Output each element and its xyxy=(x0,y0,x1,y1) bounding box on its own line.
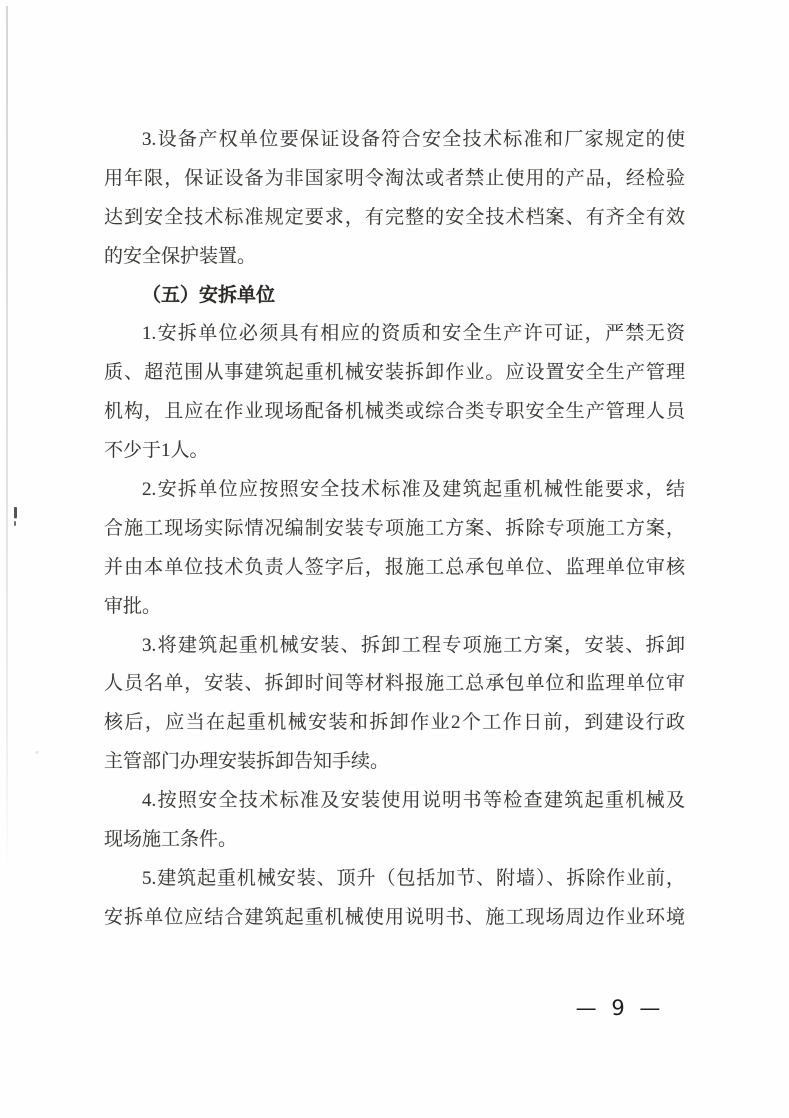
text-line: 审批。 xyxy=(104,588,685,627)
text-block: 3.设备产权单位要保证设备符合安全技术标准和厂家规定的使用年限，保证设备为非国家… xyxy=(104,121,685,938)
text-line: 合施工现场实际情况编制安装专项施工方案、拆除专项施工方案， xyxy=(104,510,685,549)
text-line: （五）安拆单位 xyxy=(104,277,685,316)
para-2-special-construction-plan: 2.安拆单位应按照安全技术标准及建筑起重机械性能要求，结合施工现场实际情况编制安… xyxy=(104,471,685,627)
text-line: 3.设备产权单位要保证设备符合安全技术标准和厂家规定的使 xyxy=(104,121,685,160)
text-line: 并由本单位技术负责人签字后，报施工总承包单位、监理单位审核 xyxy=(104,549,685,588)
document-page: 3.设备产权单位要保证设备符合安全技术标准和厂家规定的使用年限，保证设备为非国家… xyxy=(0,0,789,1118)
text-line: 机构，且应在作业现场配备机械类或综合类专职安全生产管理人员 xyxy=(104,393,685,432)
text-line: 的安全保护装置。 xyxy=(104,238,685,277)
text-line: 核后，应当在起重机械安装和拆卸作业2个工作日前，到建设行政 xyxy=(104,704,685,743)
text-line: 用年限，保证设备为非国家明令淘汰或者禁止使用的产品，经检验 xyxy=(104,160,685,199)
text-line: 2.安拆单位应按照安全技术标准及建筑起重机械性能要求，结 xyxy=(104,471,685,510)
text-line: 4.按照安全技术标准及安装使用说明书等检查建筑起重机械及 xyxy=(104,782,685,821)
scan-artifact-smudge-dot xyxy=(14,521,16,526)
text-line: 安拆单位应结合建筑起重机械使用说明书、施工现场周边作业环境 xyxy=(104,899,685,938)
para-3-notification-procedure: 3.将建筑起重机械安装、拆卸工程专项施工方案，安装、拆卸人员名单，安装、拆卸时间… xyxy=(104,627,685,783)
text-line: 1.安拆单位必须具有相应的资质和安全生产许可证，严禁无资 xyxy=(104,315,685,354)
text-line: 不少于1人。 xyxy=(104,432,685,471)
page-number: — 9 — xyxy=(555,992,685,1024)
para-1-qualification-license: 1.安拆单位必须具有相应的资质和安全生产许可证，严禁无资质、超范围从事建筑起重机… xyxy=(104,315,685,471)
text-line: 5.建筑起重机械安装、顶升（包括加节、附墙）、拆除作业前， xyxy=(104,860,685,899)
text-line: 人员名单，安装、拆卸时间等材料报施工总承包单位和监理单位审 xyxy=(104,665,685,704)
para-4-inspection-per-standards: 4.按照安全技术标准及安装使用说明书等检查建筑起重机械及现场施工条件。 xyxy=(104,782,685,860)
text-line: 质、超范围从事建筑起重机械安装拆卸作业。应设置安全生产管理 xyxy=(104,354,685,393)
para-5-before-operations: 5.建筑起重机械安装、顶升（包括加节、附墙）、拆除作业前，安拆单位应结合建筑起重… xyxy=(104,860,685,938)
text-line: 主管部门办理安装拆卸告知手续。 xyxy=(104,743,685,782)
section-heading-5-install-dismantle-unit: （五）安拆单位 xyxy=(104,277,685,316)
scan-artifact-edge-line xyxy=(6,6,8,872)
text-line: 现场施工条件。 xyxy=(104,821,685,860)
scan-artifact-smudge xyxy=(14,507,17,518)
text-line: 3.将建筑起重机械安装、拆卸工程专项施工方案，安装、拆卸 xyxy=(104,627,685,666)
scan-artifact-speck xyxy=(35,751,39,754)
text-line: 达到安全技术标准规定要求，有完整的安全技术档案、有齐全有效 xyxy=(104,199,685,238)
para-3-equipment-owner-unit: 3.设备产权单位要保证设备符合安全技术标准和厂家规定的使用年限，保证设备为非国家… xyxy=(104,121,685,277)
